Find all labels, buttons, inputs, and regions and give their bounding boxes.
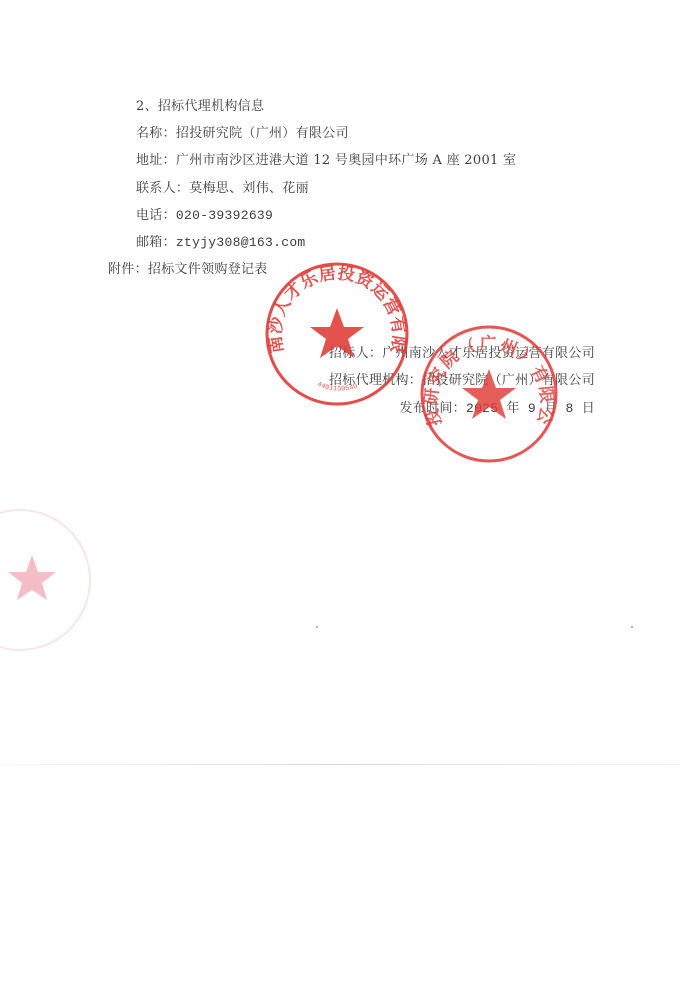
agency-email-value: ztyjy308@163.com [176,235,306,250]
tenderer-value: 广州南沙人才乐居投资运营有限公司 [382,346,595,361]
agency-phone-row: 电话：020-39392639 [136,208,273,224]
agency-contact-row: 联系人：莫梅思、刘伟、花丽 [136,181,309,197]
agency-email-label: 邮箱： [136,235,176,250]
agency-address-value: 广州市南沙区进港大道 12 号奥园中环广场 A 座 2001 室 [176,153,516,168]
agency-seal: 招投研究院（广州）有限公司 [418,323,560,465]
agency-phone-value: 020-39392639 [176,208,273,223]
agent-signature-row: 招标代理机构：招投研究院（广州）有限公司 [329,373,595,389]
tenderer-label: 招标人： [329,346,382,361]
publish-date-row: 发布时间：2025 年 9 月 8 日 [399,401,595,417]
page-divider [0,764,680,765]
publish-date-value: 2025 年 9 月 8 日 [466,401,595,416]
tenderer-signature-row: 招标人：广州南沙人才乐居投资运营有限公司 [329,346,595,362]
section-heading-text: 2、招标代理机构信息 [136,99,264,114]
agency-address-label: 地址： [136,153,176,168]
agency-contact-label: 联系人： [136,181,189,196]
agent-label: 招标代理机构： [329,373,422,388]
svg-text:广州南沙人才乐居投资运营有限公司: 广州南沙人才乐居投资运营有限公司 [262,260,409,355]
faint-seal-ghost [0,500,120,670]
agency-name-value: 招投研究院（广州）有限公司 [176,126,349,141]
scan-speck [631,626,633,628]
agent-value: 招投研究院（广州）有限公司 [422,373,595,388]
star-icon [8,555,56,600]
tenderer-seal-ring-text: 广州南沙人才乐居投资运营有限公司 [262,260,409,355]
agency-phone-label: 电话： [136,208,176,223]
agency-email-row: 邮箱：ztyjy308@163.com [136,235,306,251]
agency-contact-value: 莫梅思、刘伟、花丽 [189,181,309,196]
publish-date-label: 发布时间： [399,401,466,416]
agency-address-row: 地址：广州市南沙区进港大道 12 号奥园中环广场 A 座 2001 室 [136,153,516,169]
attachment-row: 附件：招标文件领购登记表 [108,262,268,278]
attachment-label: 附件： [108,262,148,277]
scan-speck [316,626,318,628]
agency-name-label: 名称： [136,126,176,141]
section-heading: 2、招标代理机构信息 [136,99,264,115]
attachment-link: 招标文件领购登记表 [148,262,268,277]
agency-name-row: 名称：招投研究院（广州）有限公司 [136,126,349,142]
